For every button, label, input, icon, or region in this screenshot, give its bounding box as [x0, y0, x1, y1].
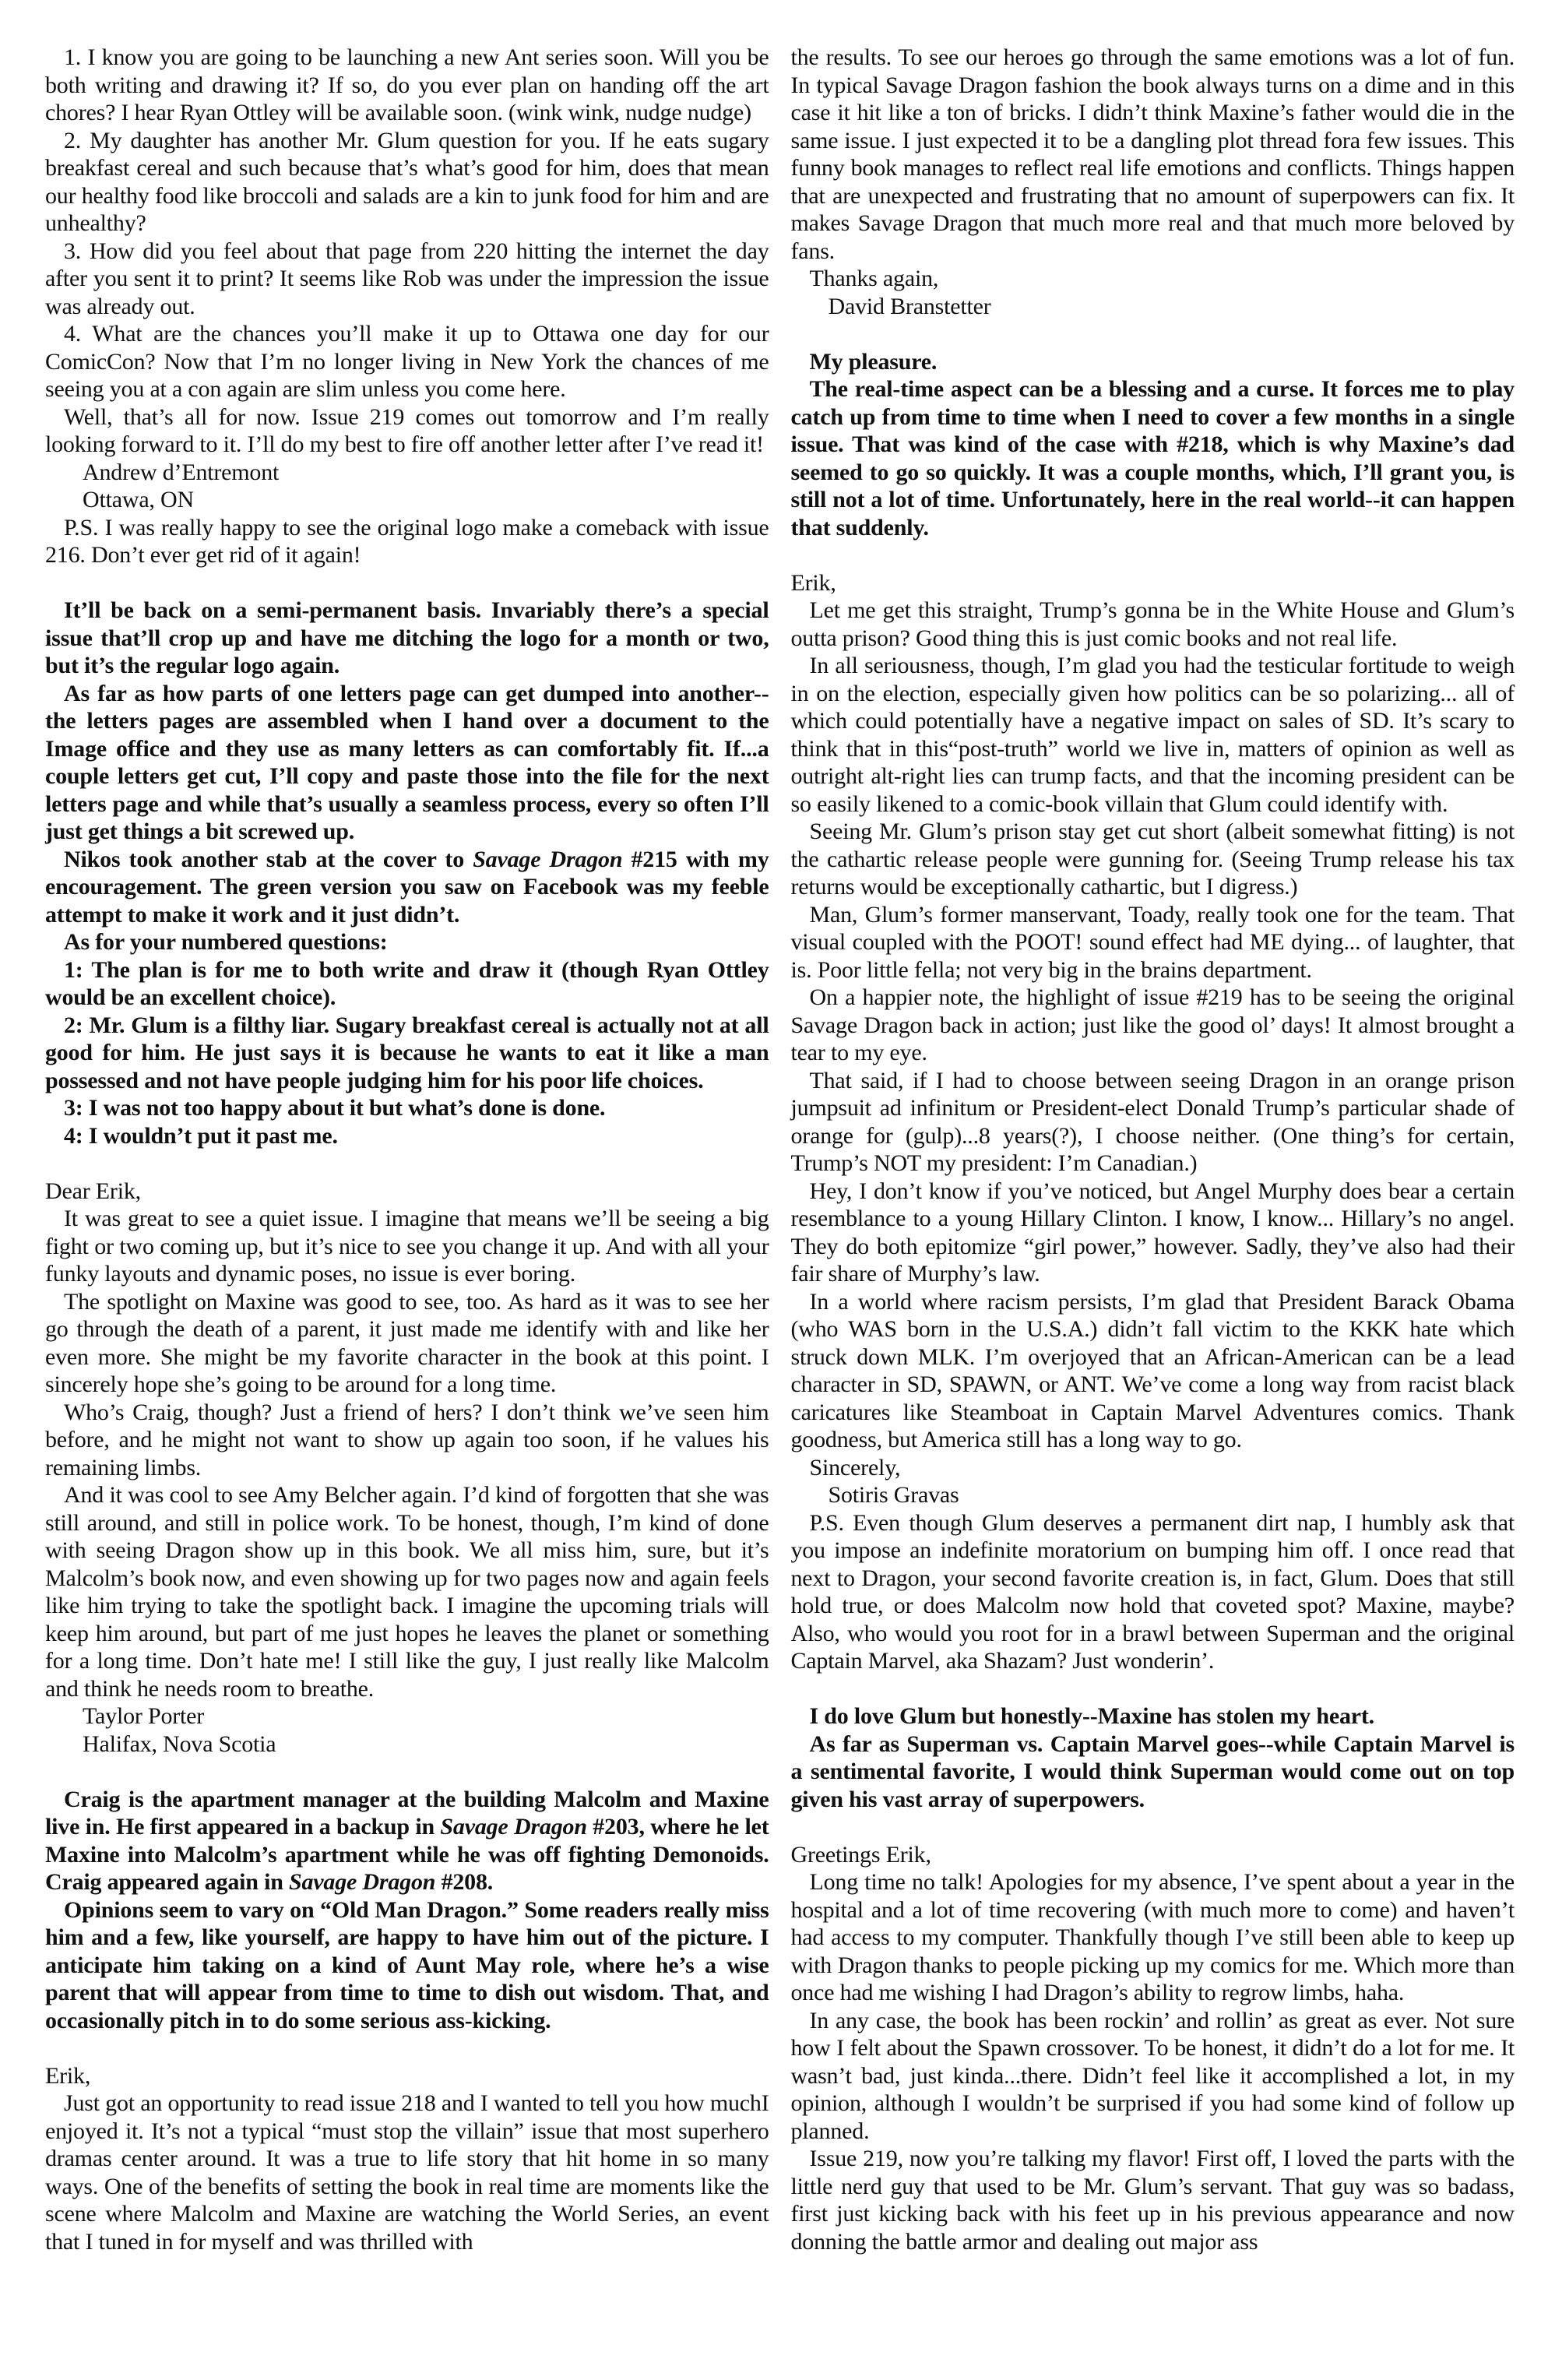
- letter-paragraph: On a happier note, the highlight of issu…: [791, 984, 1515, 1067]
- letter-question: 1. I know you are going to be launching …: [45, 44, 769, 127]
- letter-paragraph: Seeing Mr. Glum’s prison stay get cut sh…: [791, 818, 1515, 901]
- editor-reply: 2: Mr. Glum is a filthy liar. Sugary bre…: [45, 1012, 769, 1095]
- letter-paragraph: Issue 219, now you’re talking my flavor!…: [791, 2145, 1515, 2255]
- italic-series-title: Savage Dragon: [473, 847, 622, 872]
- editor-reply: 3: I was not too happy about it but what…: [45, 1094, 769, 1122]
- letter-paragraph: Long time no talk! Apologies for my abse…: [791, 1868, 1515, 2007]
- letter-paragraph: It was great to see a quiet issue. I ima…: [45, 1205, 769, 1288]
- editor-reply: My pleasure.: [791, 348, 1515, 376]
- editor-reply: As far as Superman vs. Captain Marvel go…: [791, 1730, 1515, 1814]
- italic-series-title: Savage Dragon: [289, 1869, 435, 1895]
- letter-paragraph: In any case, the book has been rockin’ a…: [791, 2007, 1515, 2146]
- left-column: 1. I know you are going to be launching …: [45, 44, 769, 2255]
- editor-reply: I do love Glum but honestly--Maxine has …: [791, 1702, 1515, 1730]
- editor-reply: 1: The plan is for me to both write and …: [45, 956, 769, 1012]
- letter-greeting: Greetings Erik,: [791, 1841, 1515, 1869]
- editor-reply: As for your numbered questions:: [45, 928, 769, 956]
- letter-signature: Sotiris Gravas: [791, 1481, 1515, 1509]
- letter-paragraph: That said, if I had to choose between se…: [791, 1067, 1515, 1178]
- letter-signature: Andrew d’Entremont: [45, 459, 769, 487]
- editor-reply: Nikos took another stab at the cover to …: [45, 846, 769, 929]
- letter-closing: Sincerely,: [791, 1454, 1515, 1482]
- letter-postscript: P.S. I was really happy to see the origi…: [45, 514, 769, 569]
- letter-signature: David Branstetter: [791, 293, 1515, 321]
- letter-question: 4. What are the chances you’ll make it u…: [45, 320, 769, 403]
- editor-reply: As far as how parts of one letters page …: [45, 680, 769, 846]
- letter-paragraph: Let me get this straight, Trump’s gonna …: [791, 597, 1515, 652]
- letter-paragraph: Just got an opportunity to read issue 21…: [45, 2090, 769, 2255]
- letter-question: 3. How did you feel about that page from…: [45, 238, 769, 321]
- letter-paragraph: Hey, I don’t know if you’ve noticed, but…: [791, 1178, 1515, 1288]
- letters-page: 1. I know you are going to be launching …: [0, 0, 1548, 2380]
- letter-paragraph: In all seriousness, though, I’m glad you…: [791, 652, 1515, 818]
- letter-location: Ottawa, ON: [45, 486, 769, 514]
- letter-question: 2. My daughter has another Mr. Glum ques…: [45, 127, 769, 238]
- letter-paragraph: The spotlight on Maxine was good to see,…: [45, 1288, 769, 1399]
- letter-paragraph: Well, that’s all for now. Issue 219 come…: [45, 403, 769, 459]
- editor-reply: It’ll be back on a semi-permanent basis.…: [45, 597, 769, 680]
- letter-paragraph: And it was cool to see Amy Belcher again…: [45, 1481, 769, 1702]
- letter-signature: Taylor Porter: [45, 1702, 769, 1730]
- right-column: the results. To see our heroes go throug…: [791, 44, 1515, 2255]
- letter-paragraph: Man, Glum’s former manservant, Toady, re…: [791, 901, 1515, 984]
- editor-reply: Opinions seem to vary on “Old Man Dragon…: [45, 1896, 769, 2035]
- editor-reply: The real-time aspect can be a blessing a…: [791, 375, 1515, 541]
- text-columns: 1. I know you are going to be launching …: [0, 0, 1548, 2255]
- letter-greeting: Erik,: [791, 569, 1515, 597]
- letter-postscript: P.S. Even though Glum deserves a permane…: [791, 1509, 1515, 1675]
- letter-greeting: Dear Erik,: [45, 1178, 769, 1206]
- letter-location: Halifax, Nova Scotia: [45, 1730, 769, 1759]
- letter-closing: Thanks again,: [791, 265, 1515, 293]
- editor-reply: Craig is the apartment manager at the bu…: [45, 1786, 769, 1896]
- editor-reply: 4: I wouldn’t put it past me.: [45, 1122, 769, 1150]
- letter-continuation: the results. To see our heroes go throug…: [791, 44, 1515, 265]
- italic-series-title: Savage Dragon: [440, 1814, 586, 1840]
- letter-greeting: Erik,: [45, 2062, 769, 2090]
- letter-paragraph: Who’s Craig, though? Just a friend of he…: [45, 1399, 769, 1482]
- letter-paragraph: In a world where racism persists, I’m gl…: [791, 1288, 1515, 1454]
